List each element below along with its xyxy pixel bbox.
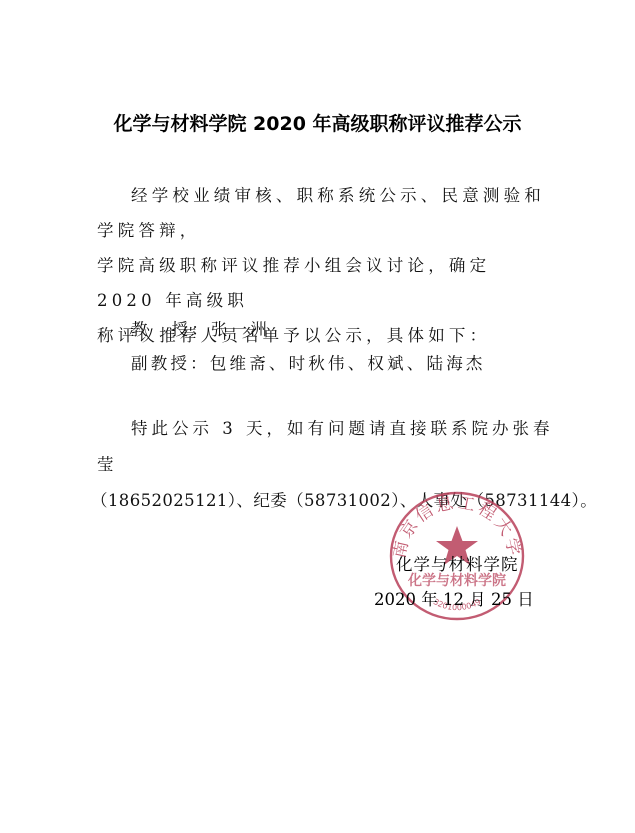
- intro-line-2: 学院高级职称评议推荐小组会议讨论，确定 2020 年高级职: [97, 248, 549, 318]
- nominee-row-professor: 教授：张一洲: [131, 313, 486, 347]
- nominee-label: 教授：: [131, 320, 211, 339]
- nominee-label: 副教授：: [131, 354, 210, 373]
- nominee-names: 张一洲: [211, 320, 270, 339]
- intro-line-1: 经学校业绩审核、职称系统公示、民意测验和学院答辩，: [97, 178, 549, 248]
- nominee-names: 包维斋、时秋伟、权斌、陆海杰: [210, 354, 486, 373]
- nominee-list: 教授：张一洲 副教授：包维斋、时秋伟、权斌、陆海杰: [131, 313, 486, 381]
- page-title: 化学与材料学院 2020 年高级职称评议推荐公示: [0, 112, 635, 136]
- signature-date: 2020 年 12 月 25 日: [374, 586, 534, 610]
- document-page: 化学与材料学院 2020 年高级职称评议推荐公示 经学校业绩审核、职称系统公示、…: [0, 0, 635, 833]
- notice-line-1: 特此公示 3 天，如有问题请直接联系院办张春莹: [97, 411, 557, 483]
- signature-organization: 化学与材料学院: [396, 551, 519, 575]
- nominee-row-associate-professor: 副教授：包维斋、时秋伟、权斌、陆海杰: [131, 347, 486, 381]
